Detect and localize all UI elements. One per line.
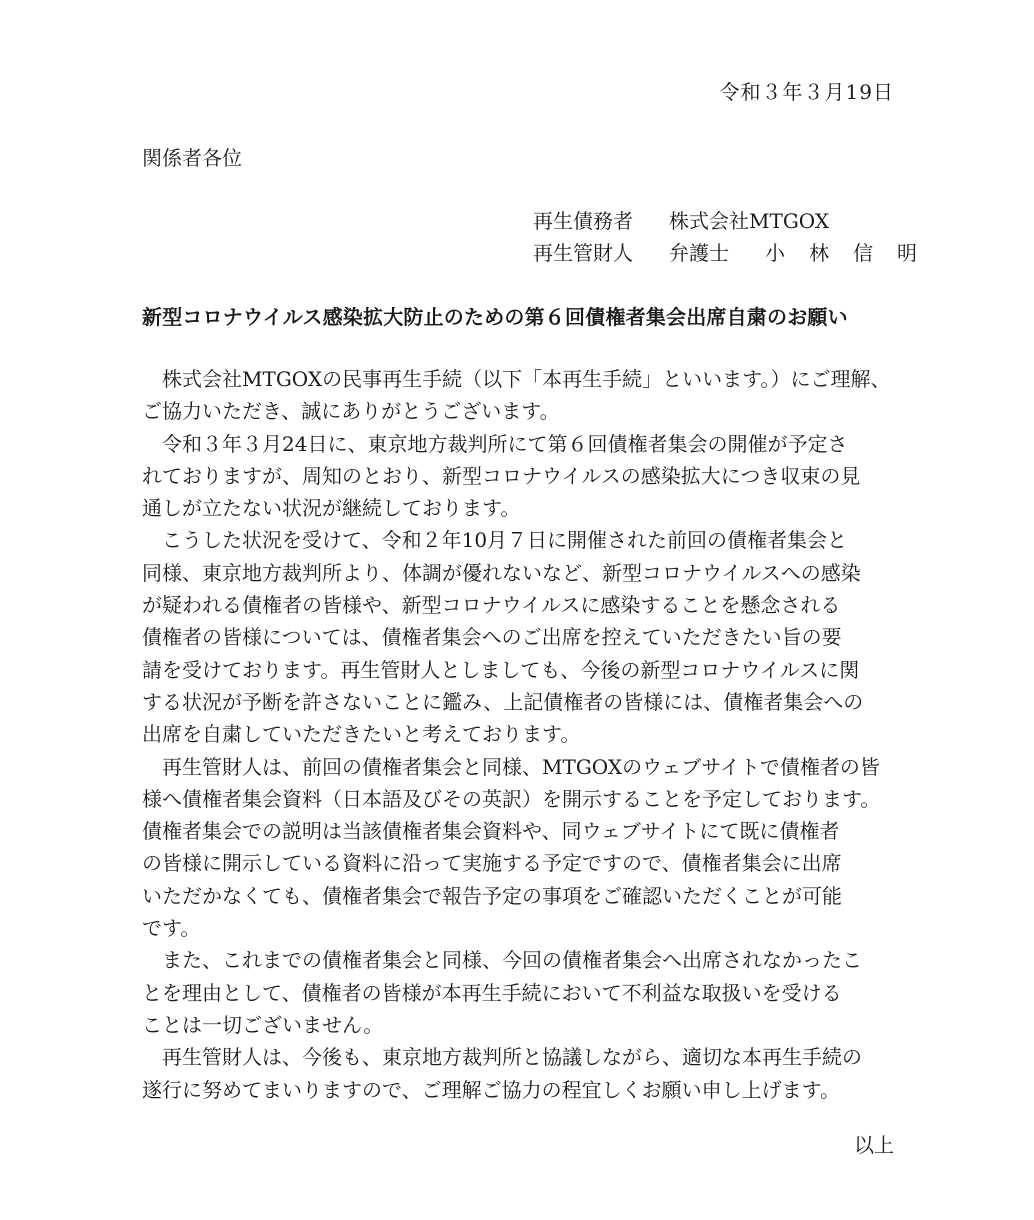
name-char: 林 bbox=[809, 237, 853, 266]
sender-debtor: 再生債務者株式会社MTGOX bbox=[533, 205, 829, 234]
body-line: 様へ債権者集会資料（日本語及びその英訳）を開示することを予定しております。 bbox=[142, 783, 902, 815]
document-title: 新型コロナウイルス感染拡大防止のための第６回債権者集会出席自粛のお願い bbox=[142, 301, 848, 330]
sender-title: 弁護士 bbox=[669, 237, 749, 266]
body-line: 令和３年３月24日に、東京地方裁判所にて第６回債権者集会の開催が予定さ bbox=[142, 428, 902, 460]
body-line: 債権者集会での説明は当該債権者集会資料や、同ウェブサイトにて既に債権者 bbox=[142, 815, 902, 847]
body-line: する状況が予断を許さないことに鑑み、上記債権者の皆様には、債権者集会への bbox=[142, 686, 902, 718]
body-line: 株式会社MTGOXの民事再生手続（以下「本再生手続」といいます。）にご理解、 bbox=[142, 363, 902, 395]
body-line: の皆様に開示している資料に沿って実施する予定ですので、債権者集会に出席 bbox=[142, 847, 902, 879]
body-line: 再生管財人は、前回の債権者集会と同様、MTGOXのウェブサイトで債権者の皆 bbox=[142, 751, 902, 783]
body-line: ことは一切ございません。 bbox=[142, 1009, 902, 1041]
sender-role: 再生管財人 bbox=[533, 237, 653, 266]
body-line: です。 bbox=[142, 912, 902, 944]
body-line: が疑われる債権者の皆様や、新型コロナウイルスに感染することを懸念される bbox=[142, 589, 902, 621]
document-date: 令和３年３月19日 bbox=[720, 76, 894, 105]
closing-mark: 以上 bbox=[854, 1129, 894, 1158]
document-body: 株式会社MTGOXの民事再生手続（以下「本再生手続」といいます。）にご理解、ご協… bbox=[142, 363, 902, 1106]
body-line: また、これまでの債権者集会と同様、今回の債権者集会へ出席されなかったこ bbox=[142, 944, 902, 976]
body-line: 出席を自粛していただきたいと考えております。 bbox=[142, 718, 902, 750]
name-char: 信 bbox=[853, 237, 897, 266]
addressee: 関係者各位 bbox=[142, 142, 242, 171]
body-line: れておりますが、周知のとおり、新型コロナウイルスの感染拡大につき収束の見 bbox=[142, 460, 902, 492]
body-line: 通しが立たない状況が継続しております。 bbox=[142, 492, 902, 524]
body-line: とを理由として、債権者の皆様が本再生手続において不利益な取扱いを受ける bbox=[142, 977, 902, 1009]
body-line: 遂行に努めてまいりますので、ご理解ご協力の程宜しくお願い申し上げます。 bbox=[142, 1074, 902, 1106]
body-line: いただかなくても、債権者集会で報告予定の事項をご確認いただくことが可能 bbox=[142, 880, 902, 912]
body-line: 同様、東京地方裁判所より、体調が優れないなど、新型コロナウイルスへの感染 bbox=[142, 557, 902, 589]
name-char: 明 bbox=[897, 237, 917, 266]
sender-trustee: 再生管財人弁護士小林信明 bbox=[533, 237, 917, 266]
body-line: 再生管財人は、今後も、東京地方裁判所と協議しながら、適切な本再生手続の bbox=[142, 1041, 902, 1073]
body-line: 債権者の皆様については、債権者集会へのご出席を控えていただきたい旨の要 bbox=[142, 621, 902, 653]
name-char: 小 bbox=[765, 237, 809, 266]
body-line: こうした状況を受けて、令和２年10月７日に開催された前回の債権者集会と bbox=[142, 524, 902, 556]
sender-role: 再生債務者 bbox=[533, 205, 653, 234]
body-line: ご協力いただき、誠にありがとうございます。 bbox=[142, 395, 902, 427]
sender-name: 株式会社MTGOX bbox=[669, 209, 829, 233]
body-line: 請を受けております。再生管財人としましても、今後の新型コロナウイルスに関 bbox=[142, 654, 902, 686]
